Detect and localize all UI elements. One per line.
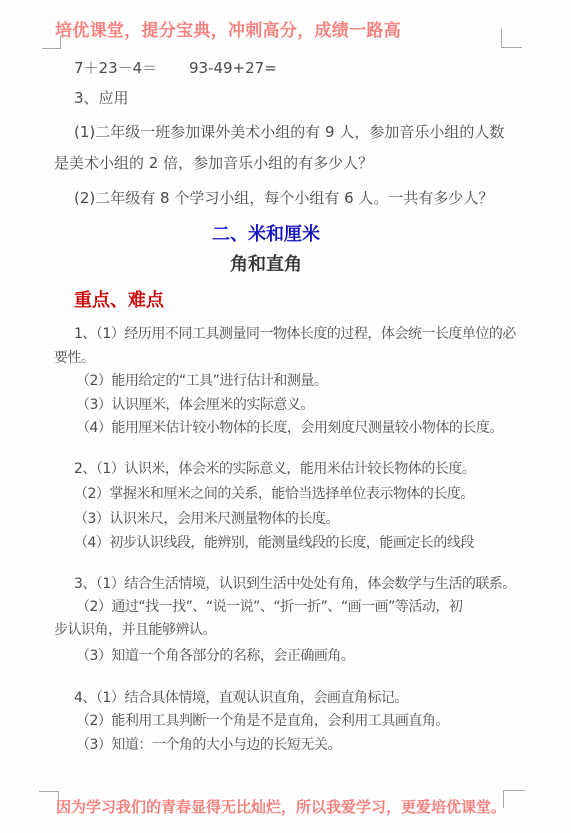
problem-line: (2)二年级有 8 个学习小组，每个小组有 6 人。一共有多少人？ — [74, 188, 493, 208]
objective-line: 2、（1）认识米，体会米的实际意义，能用米估计较长物体的长度。 — [74, 459, 475, 479]
section-label: 3、应用 — [74, 88, 129, 108]
chapter-heading: 二、米和厘米 — [0, 220, 532, 246]
objective-line: 3、（1）结合生活情境，认识到生活中处处有角，体会数学与生活的联系。 — [74, 574, 516, 594]
lesson-heading: 角和直角 — [0, 250, 532, 276]
footer-slogan: 因为学习我们的青春显得无比灿烂，所以我爱学习，更爱培优课堂。 — [56, 796, 506, 817]
objective-line: 要性。 — [54, 348, 95, 368]
objective-line: （3）知道：一个角的大小与边的长短无关。 — [76, 735, 341, 755]
math-expression-1: 7＋23－4＝ — [74, 59, 157, 77]
objective-line: （2）能用给定的“工具”进行估计和测量。 — [76, 371, 327, 391]
math-expression-2: 93-49+27= — [189, 59, 277, 77]
emphasis-heading: 重点、难点 — [74, 286, 164, 312]
header-slogan: 培优课堂，提分宝典，冲刺高分，成绩一路高 — [55, 16, 401, 41]
objective-line: （2）能利用工具判断一个角是不是直角，会利用工具画直角。 — [76, 711, 449, 731]
objective-line: （4）能用厘米估计较小物体的长度，会用刻度尺测量较小物体的长度。 — [76, 418, 503, 438]
crop-mark-top-right — [501, 29, 522, 48]
objective-line: 1、（1）经历用不同工具测量同一物体长度的过程，体会统一长度单位的必 — [74, 324, 516, 344]
objective-line: （3）认识厘米，体会厘米的实际意义。 — [76, 395, 314, 415]
objective-line: （2）通过“找一找”、“说一说”、“折一折”、“画一画”等活动，初 — [76, 597, 462, 617]
objective-line: （3）知道一个角各部分的名称，会正确画角。 — [76, 646, 354, 666]
objective-line: 4、（1）结合具体情境，直观认识直角，会画直角标记。 — [74, 688, 408, 708]
objective-line: （2）掌握米和厘米之间的关系，能恰当选择单位表示物体的长度。 — [74, 484, 474, 504]
math-expressions-line: 7＋23－4＝ 93-49+27= — [74, 58, 277, 78]
crop-mark-bottom-right — [503, 790, 525, 808]
objective-line: 步认识角，并且能够辨认。 — [54, 620, 216, 640]
objective-line: （3）认识米尺，会用米尺测量物体的长度。 — [74, 509, 339, 529]
problem-line: 是美术小组的 2 倍，参加音乐小组的有多少人？ — [54, 153, 373, 173]
objective-line: （4）初步认识线段，能辨别，能测量线段的长度，能画定长的线段 — [74, 533, 474, 553]
problem-line: (1)二年级一班参加课外美术小组的有 9 人，参加音乐小组的人数 — [74, 122, 504, 142]
document-page: 培优课堂，提分宝典，冲刺高分，成绩一路高 7＋23－4＝ 93-49+27= 3… — [0, 0, 571, 833]
